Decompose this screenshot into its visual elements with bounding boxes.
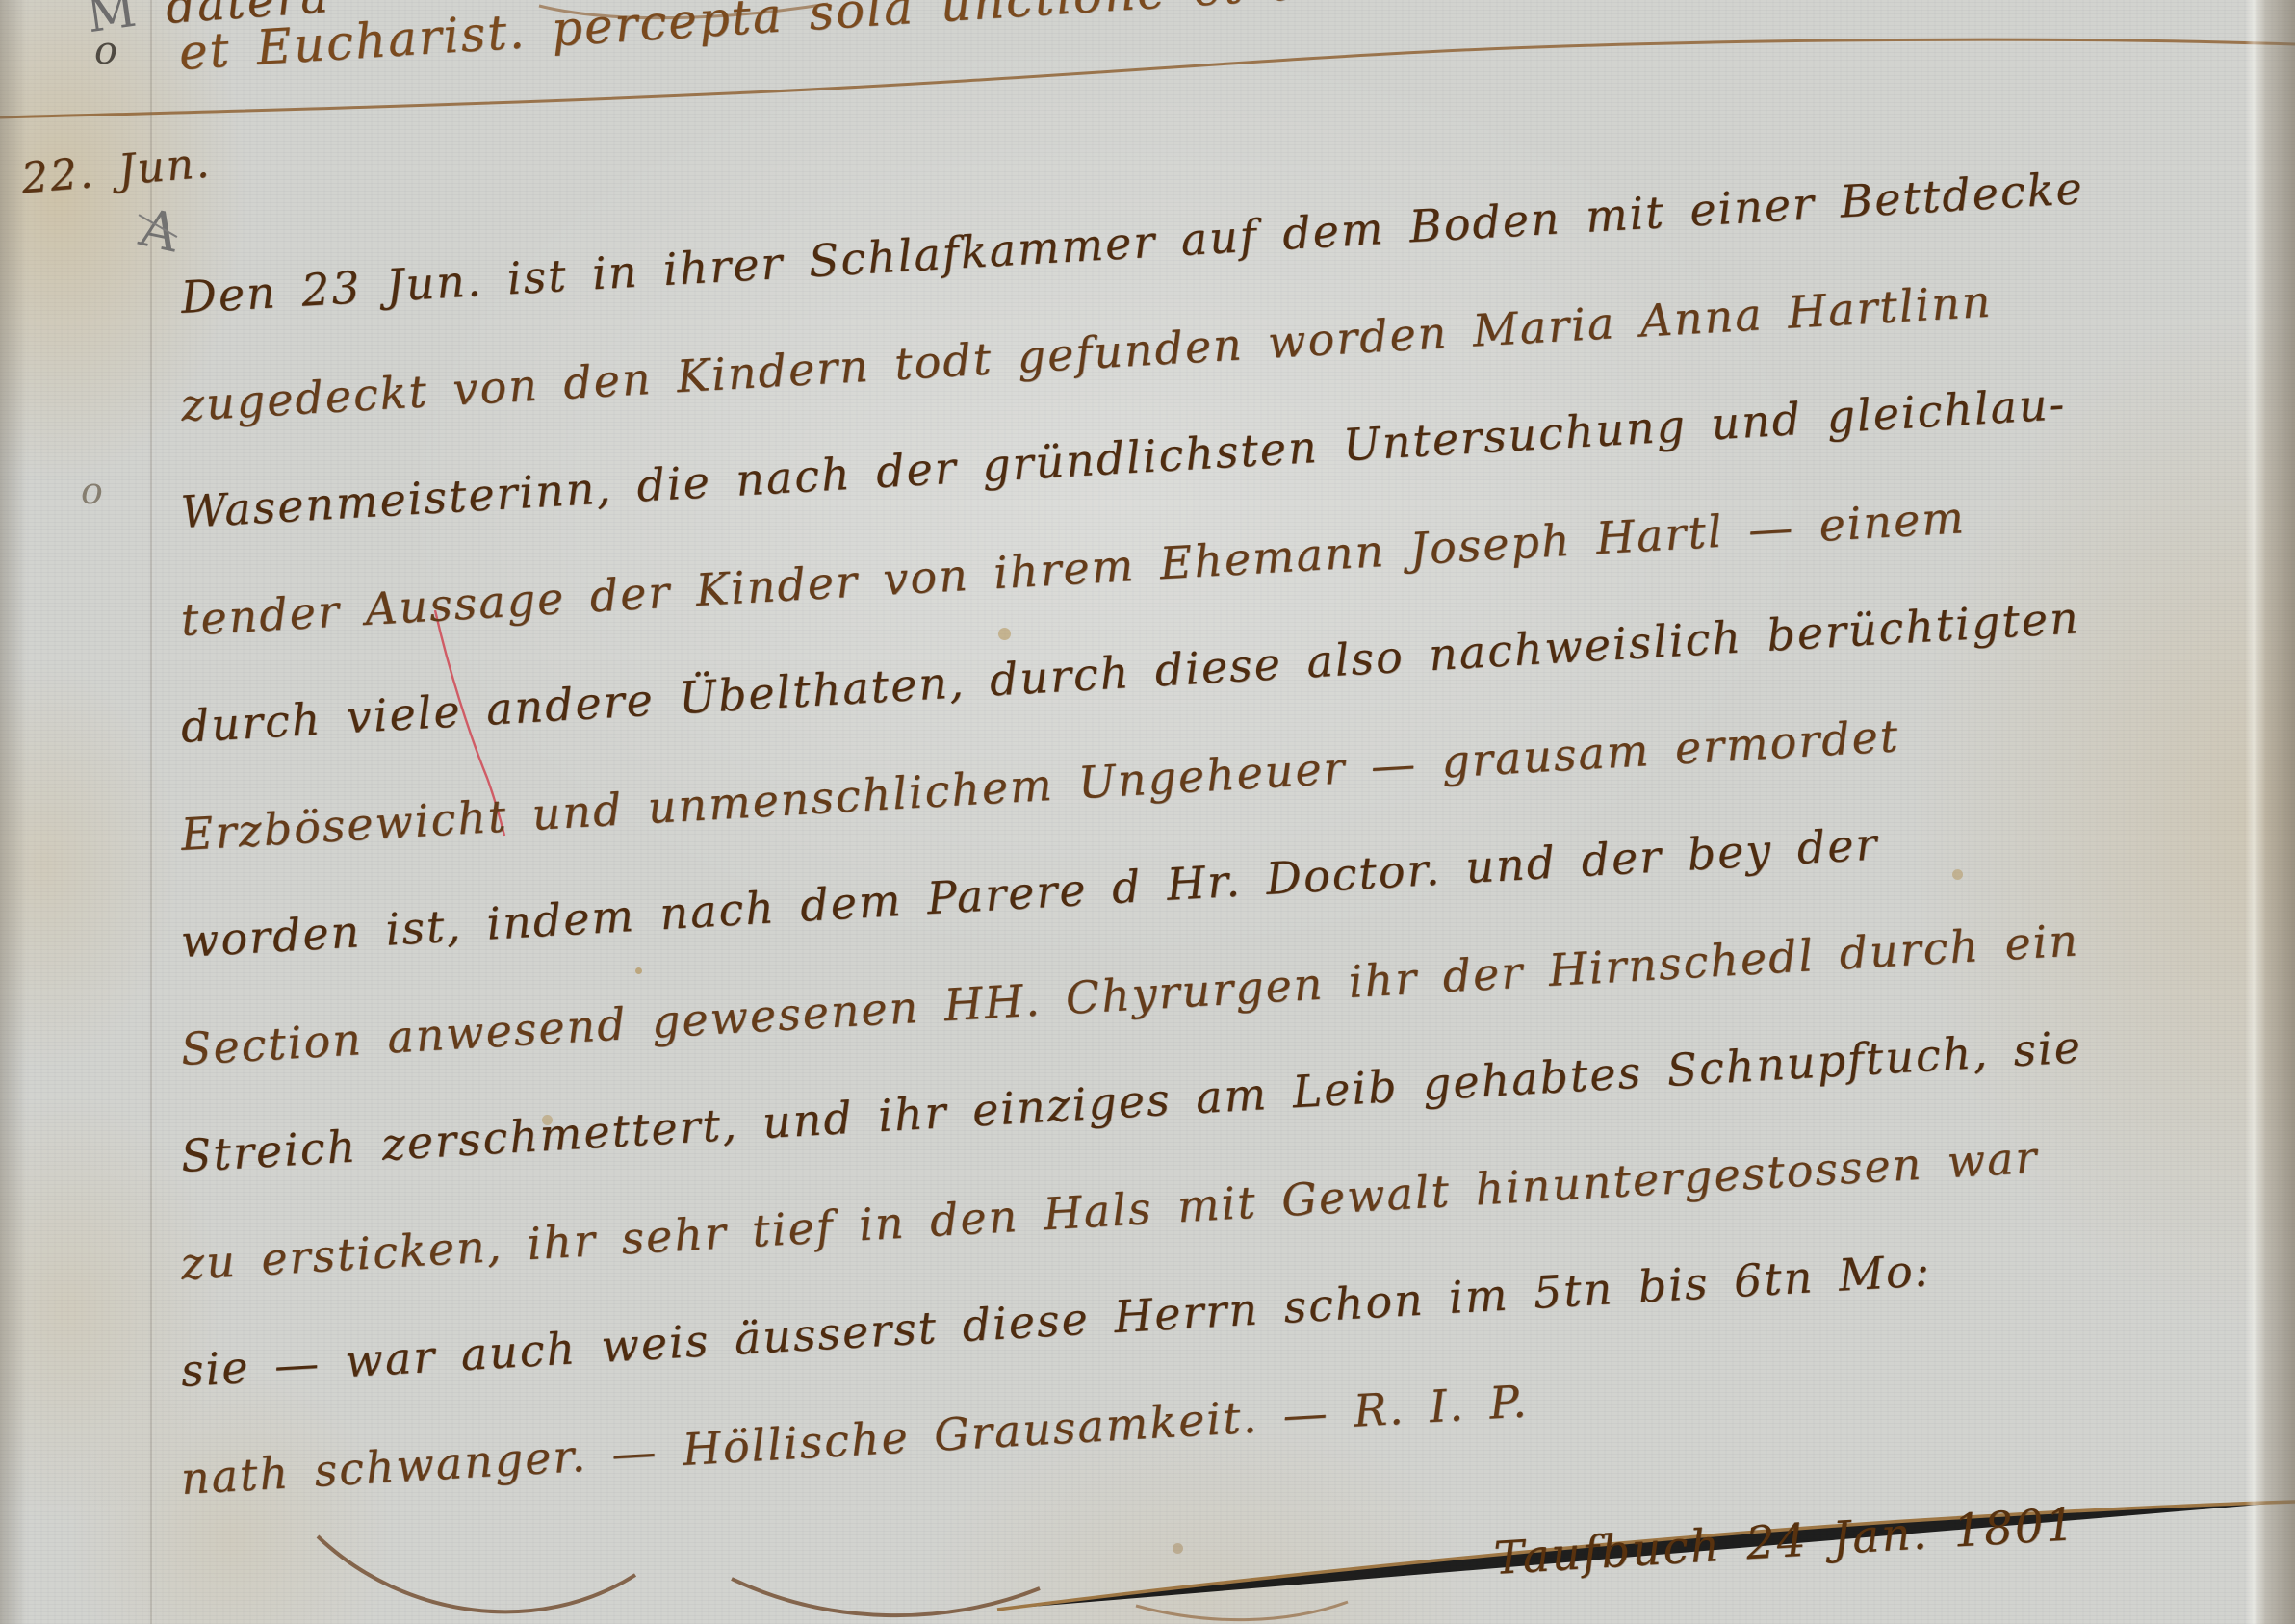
pencil-cross-mark: A (135, 197, 184, 265)
paper-stain-specks (635, 967, 642, 974)
circle-mark-lower: o (81, 470, 103, 512)
bottom-cutoff-stroke-1 (318, 1536, 635, 1611)
right-page-edge (2245, 0, 2295, 1624)
circle-mark-upper: o (94, 29, 117, 73)
margin-entry-date: 22. Jun. (19, 139, 213, 204)
manuscript-page: M o 22. Jun. A o datera et Eucharist. pe… (0, 0, 2295, 1624)
latin-sacrament-note: et Eucharist. percepta sola unctione et … (177, 0, 1362, 81)
bottom-cutoff-stroke-3 (1136, 1602, 1348, 1620)
left-page-edge-shadow (0, 0, 27, 1624)
bottom-cutoff-stroke-2 (732, 1579, 1040, 1615)
register-reference: Taufbuch 24 Jan. 1801 (1492, 1498, 2077, 1585)
entry-line: nath schwanger. — Höllische Grausamkeit.… (179, 1375, 1529, 1505)
